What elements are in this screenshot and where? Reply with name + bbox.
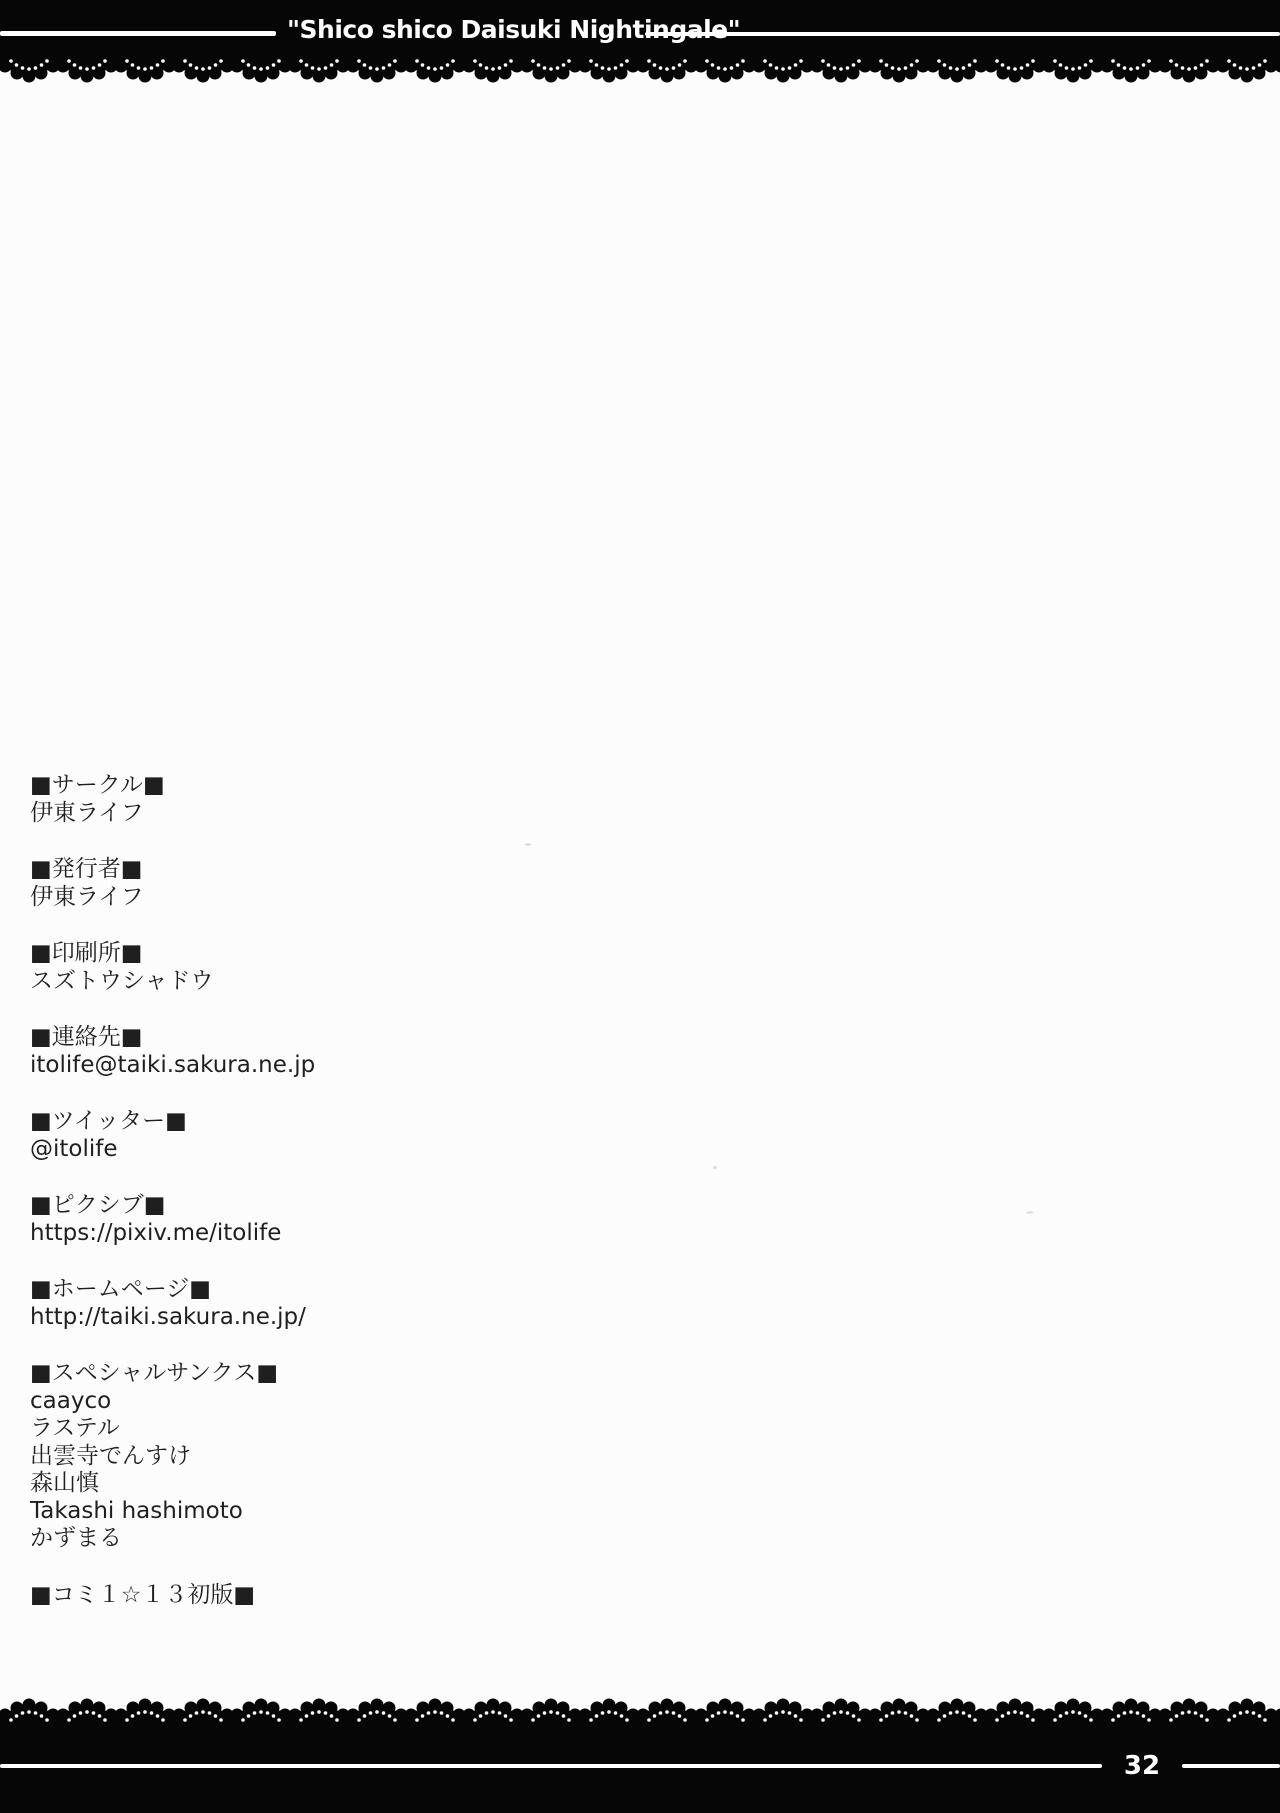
credit-value-pixiv-url: https://pixiv.me/itolife xyxy=(30,1220,790,1248)
credit-value-homepage-url: http://taiki.sakura.ne.jp/ xyxy=(30,1304,790,1332)
credit-section-contact: ■連絡先■ itolife@taiki.sakura.ne.jp xyxy=(30,1024,790,1079)
credit-value-twitter-handle: @itolife xyxy=(30,1136,790,1164)
page-number: 32 xyxy=(1102,1751,1182,1781)
special-thanks-name: かずまる xyxy=(30,1525,790,1553)
footer-rule-left xyxy=(0,1764,1102,1768)
special-thanks-name: caayco xyxy=(30,1388,790,1416)
special-thanks-name: Takashi hashimoto xyxy=(30,1498,790,1526)
special-thanks-name: ラステル xyxy=(30,1415,790,1443)
special-thanks-name: 出雲寺でんすけ xyxy=(30,1443,790,1471)
special-thanks-name: 森山慎 xyxy=(30,1470,790,1498)
credit-heading-circle: ■サークル■ xyxy=(30,772,790,800)
credit-heading-edition: ■コミ１☆１３初版■ xyxy=(30,1582,790,1610)
credit-value-circle: 伊東ライフ xyxy=(30,800,790,828)
credit-heading-contact: ■連絡先■ xyxy=(30,1024,790,1052)
page-title: "Shico shico Daisuki Nightingale" xyxy=(287,15,647,45)
header-rule-left xyxy=(0,31,276,36)
credit-section-circle: ■サークル■ 伊東ライフ xyxy=(30,772,790,827)
scan-speck xyxy=(525,843,531,846)
header-rule-right xyxy=(645,32,1280,36)
header-banner: "Shico shico Daisuki Nightingale" xyxy=(0,0,1280,50)
credit-section-edition: ■コミ１☆１３初版■ xyxy=(30,1582,790,1610)
credits-list: ■サークル■ 伊東ライフ ■発行者■ 伊東ライフ ■印刷所■ スズトウシャドウ … xyxy=(30,772,790,1638)
footer-banner: 32 xyxy=(0,1731,1280,1813)
credit-section-twitter: ■ツイッター■ @itolife xyxy=(30,1108,790,1163)
credit-value-publisher: 伊東ライフ xyxy=(30,884,790,912)
credit-section-printer: ■印刷所■ スズトウシャドウ xyxy=(30,940,790,995)
page-footer: 32 xyxy=(0,1693,1280,1813)
footer-rule-right xyxy=(1182,1764,1280,1768)
credit-section-special-thanks: ■スペシャルサンクス■ caayco ラステル 出雲寺でんすけ 森山慎 Taka… xyxy=(30,1360,790,1553)
credit-heading-publisher: ■発行者■ xyxy=(30,856,790,884)
lace-border-bottom-icon xyxy=(0,1693,1280,1731)
credit-heading-printer: ■印刷所■ xyxy=(30,940,790,968)
credit-section-pixiv: ■ピクシブ■ https://pixiv.me/itolife xyxy=(30,1192,790,1247)
credit-value-printer: スズトウシャドウ xyxy=(30,968,790,996)
scan-speck xyxy=(713,1166,717,1169)
credit-heading-homepage: ■ホームページ■ xyxy=(30,1276,790,1304)
credit-heading-special-thanks: ■スペシャルサンクス■ xyxy=(30,1360,790,1388)
credit-section-publisher: ■発行者■ 伊東ライフ xyxy=(30,856,790,911)
credit-section-homepage: ■ホームページ■ http://taiki.sakura.ne.jp/ xyxy=(30,1276,790,1331)
doujin-credits-page: "Shico shico Daisuki Nightingale" xyxy=(0,0,1280,1813)
credit-heading-twitter: ■ツイッター■ xyxy=(30,1108,790,1136)
lace-border-top-icon xyxy=(0,50,1280,88)
credit-heading-pixiv: ■ピクシブ■ xyxy=(30,1192,790,1220)
scan-speck xyxy=(1026,1211,1034,1214)
credit-value-contact-email: itolife@taiki.sakura.ne.jp xyxy=(30,1052,790,1080)
